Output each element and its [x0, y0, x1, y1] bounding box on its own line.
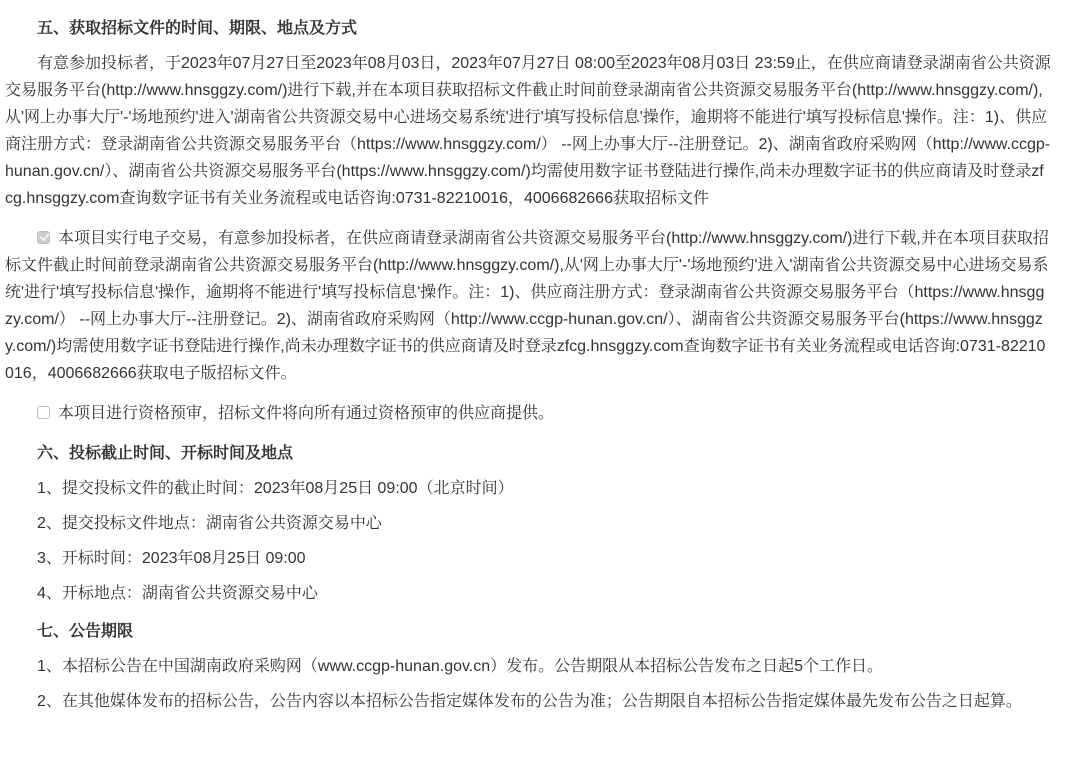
- bid-announcement-document: 五、获取招标文件的时间、期限、地点及方式 有意参加投标者，于2023年07月27…: [0, 0, 1069, 715]
- prequalification-clause: 本项目进行资格预审，招标文件将向所有通过资格预审的供应商提供。: [5, 400, 1051, 427]
- electronic-trading-clause: 本项目实行电子交易，有意参加投标者，在供应商请登录湖南省公共资源交易服务平台(h…: [5, 225, 1051, 387]
- bid-submission-deadline: 1、提交投标文件的截止时间：2023年08月25日 09:00（北京时间）: [5, 475, 1051, 502]
- section5-intro-paragraph: 有意参加投标者，于2023年07月27日至2023年08月03日，2023年07…: [5, 50, 1051, 212]
- section5-heading: 五、获取招标文件的时间、期限、地点及方式: [5, 15, 1051, 42]
- section7-heading: 七、公告期限: [5, 618, 1051, 645]
- announcement-period-item-1: 1、本招标公告在中国湖南政府采购网（www.ccgp-hunan.gov.cn）…: [5, 653, 1051, 680]
- electronic-trading-text: 本项目实行电子交易，有意参加投标者，在供应商请登录湖南省公共资源交易服务平台(h…: [5, 230, 1049, 382]
- prequalification-checkbox[interactable]: [37, 406, 50, 419]
- announcement-period-item-2: 2、在其他媒体发布的招标公告，公告内容以本招标公告指定媒体发布的公告为准；公告期…: [5, 688, 1051, 715]
- check-icon: [39, 231, 49, 242]
- bid-submission-location: 2、提交投标文件地点：湖南省公共资源交易中心: [5, 510, 1051, 537]
- section6-heading: 六、投标截止时间、开标时间及地点: [5, 440, 1051, 467]
- electronic-trading-checkbox[interactable]: [37, 231, 50, 244]
- bid-opening-location: 4、开标地点：湖南省公共资源交易中心: [5, 580, 1051, 607]
- prequalification-text: 本项目进行资格预审，招标文件将向所有通过资格预审的供应商提供。: [58, 405, 554, 422]
- bid-opening-time: 3、开标时间：2023年08月25日 09:00: [5, 545, 1051, 572]
